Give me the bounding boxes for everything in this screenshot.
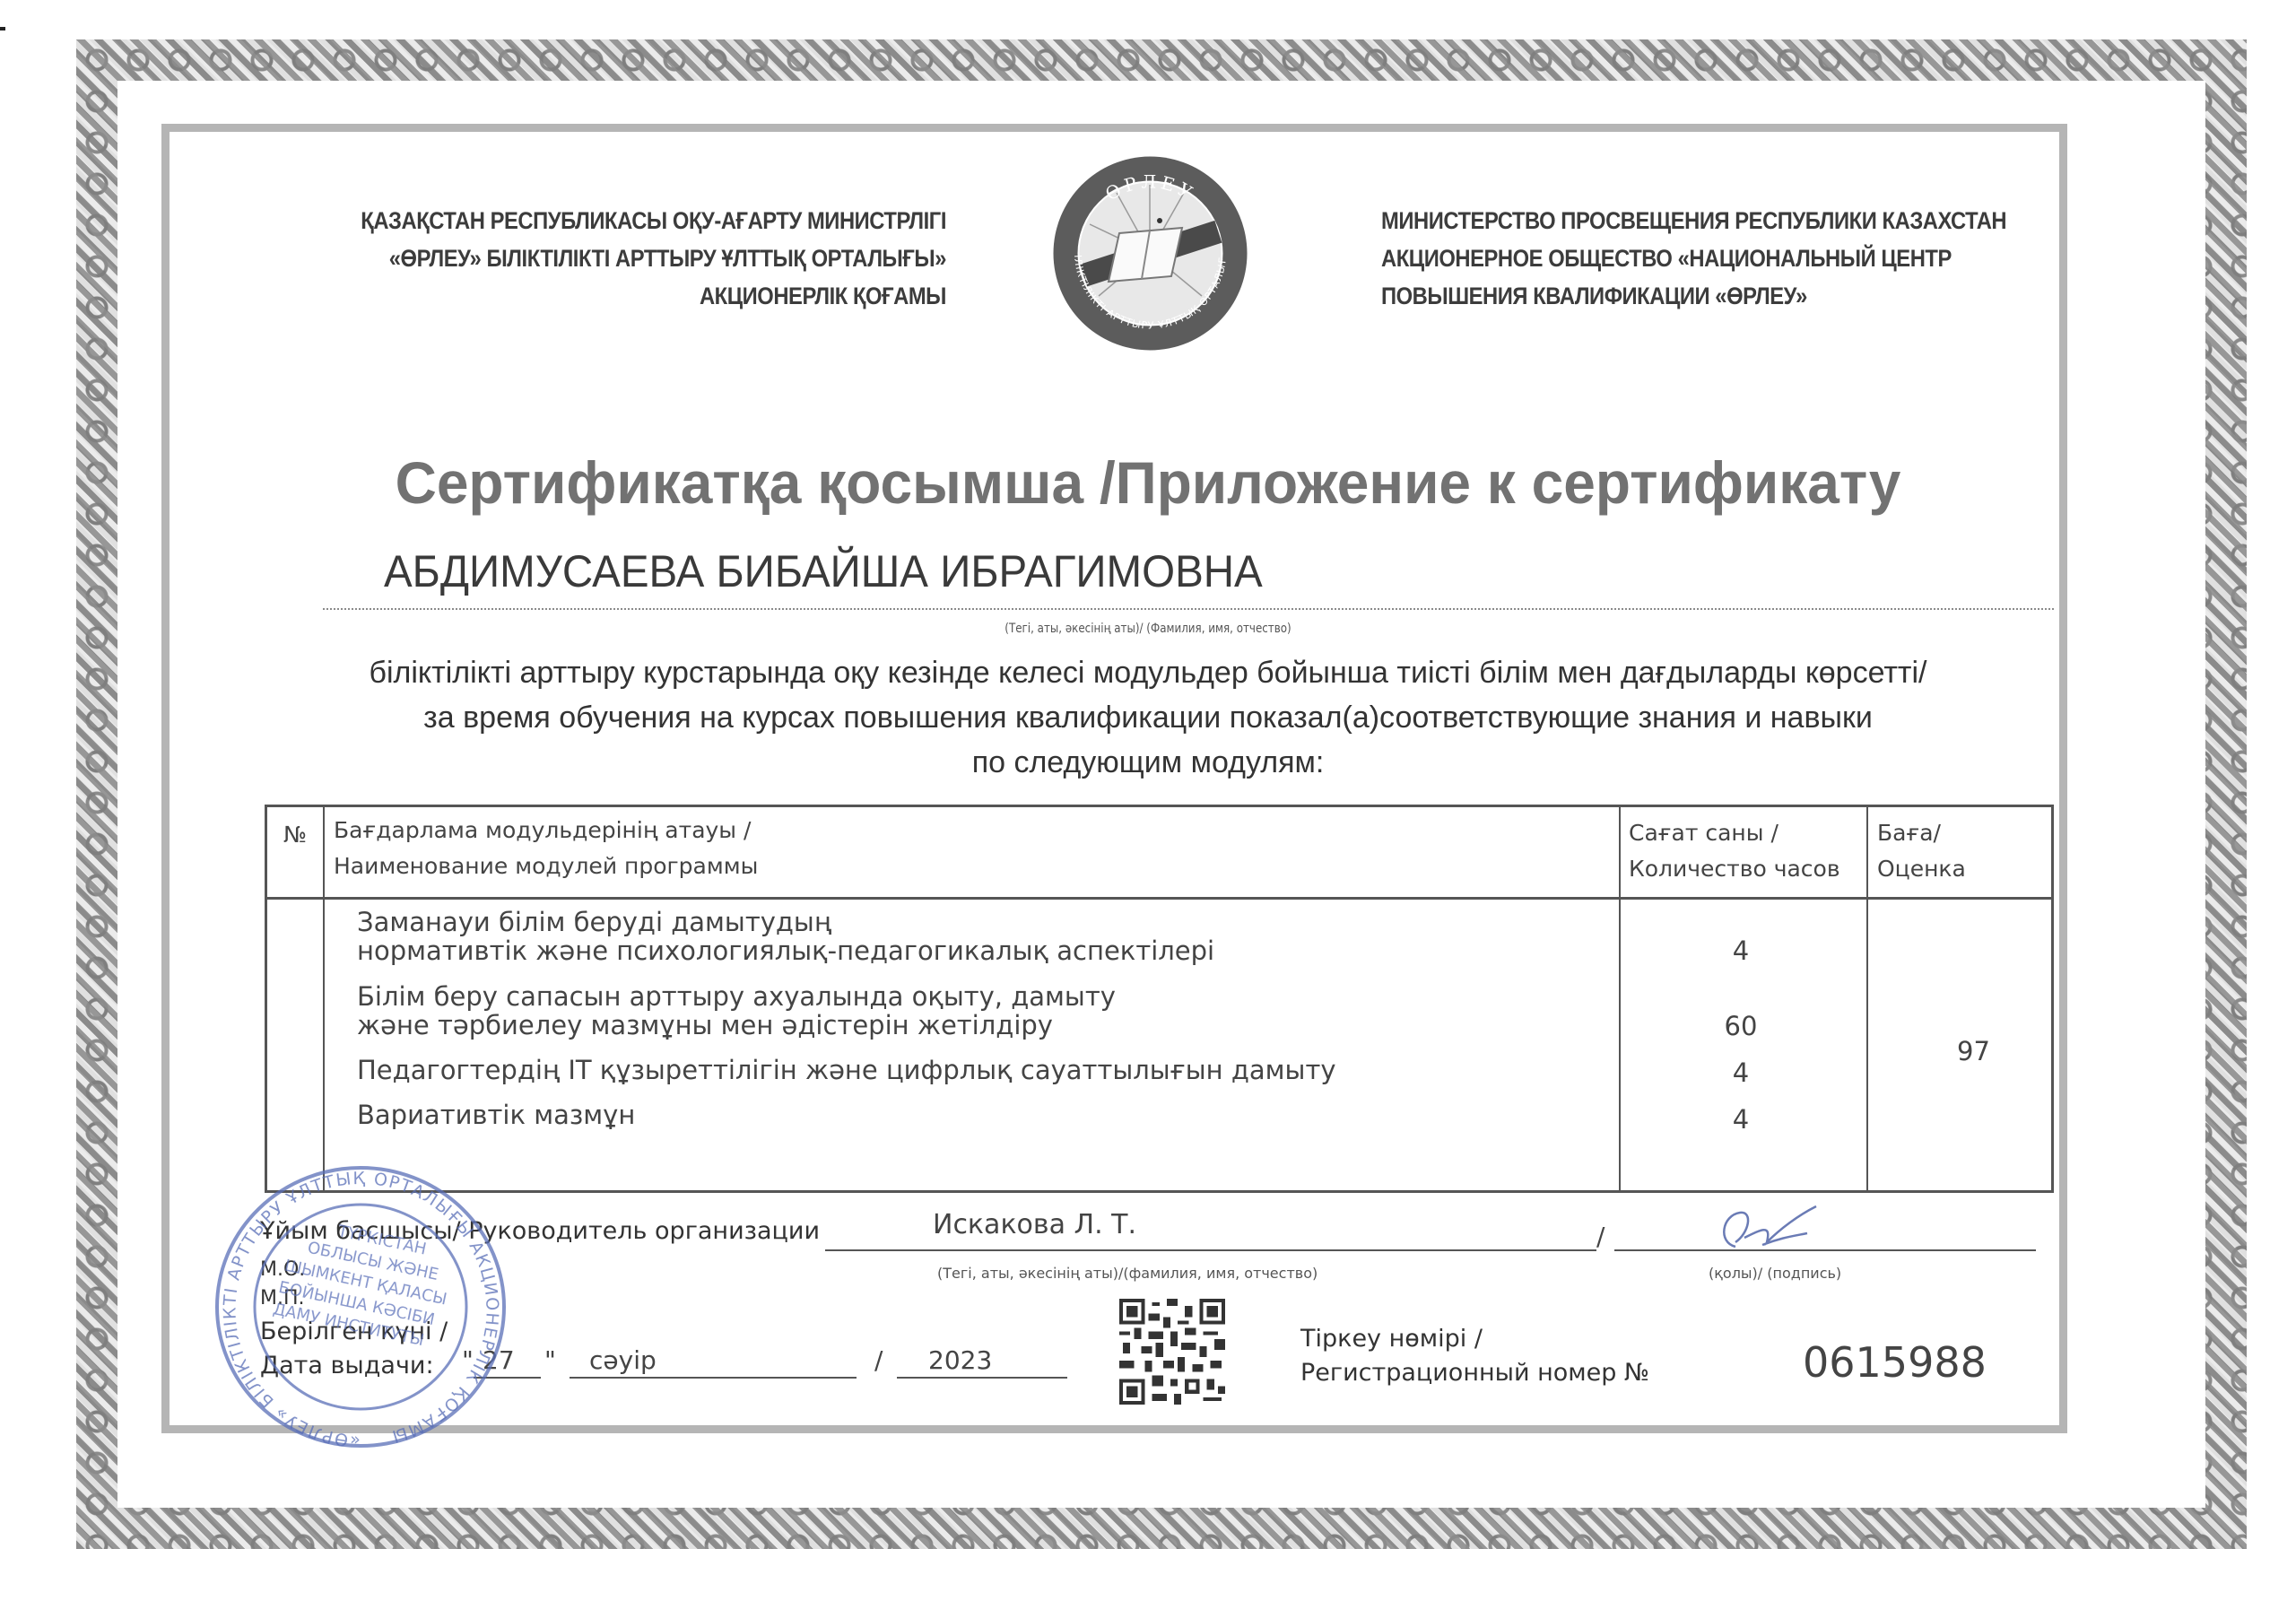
head-name-hint: (Тегі, аты, әкесінің аты)/(фамилия, имя,…	[937, 1265, 1318, 1282]
header-ru-line-2: АКЦИОНЕРНОЕ ОБЩЕСТВО «НАЦИОНАЛЬНЫЙ ЦЕНТР	[1381, 239, 2092, 277]
module-2-line-2: және тәрбиелеу мазмұны мен әдістерін жет…	[357, 1011, 1116, 1040]
seal-ru: М.П.	[260, 1284, 305, 1313]
signature-icon	[1709, 1202, 1843, 1256]
issue-day: 27	[474, 1345, 541, 1379]
registration-number: 0615988	[1803, 1338, 1987, 1387]
module-4-hours: 4	[1620, 1104, 1862, 1135]
quote-close: "	[544, 1345, 556, 1375]
header-grade-kz: Баға/	[1877, 816, 1941, 850]
header-russian: МИНИСТЕРСТВО ПРОСВЕЩЕНИЯ РЕСПУБЛИКИ КАЗА…	[1381, 202, 2092, 315]
header-hours-ru: Количество часов	[1629, 852, 1840, 886]
table-header-divider	[267, 897, 2051, 900]
module-2-line-1: Білім беру сапасын арттыру ахуалында оқы…	[357, 982, 1116, 1011]
header-hours-kz: Сағат саны /	[1629, 816, 1779, 850]
table-col-divider	[323, 807, 325, 1190]
head-name: Искакова Л. Т.	[933, 1209, 1136, 1240]
recipient-name: АБДИМУСАЕВА БИБАЙША ИБРАГИМОВНА	[384, 545, 1263, 597]
registration-label: Тіркеу нөмірі / Регистрационный номер №	[1300, 1322, 1649, 1390]
registration-label-ru: Регистрационный номер №	[1300, 1356, 1649, 1390]
intro-line-3: по следующим модулям:	[0, 740, 2296, 785]
registration-label-kz: Тіркеу нөмірі /	[1300, 1322, 1649, 1356]
table-row: Білім беру сапасын арттыру ахуалында оқы…	[357, 982, 1116, 1040]
issue-date-label: Берілген күні / Дата выдачи:	[260, 1315, 448, 1383]
intro-line-2: за время обучения на курсах повышения кв…	[0, 695, 2296, 740]
module-2-hours: 60	[1620, 1011, 1862, 1041]
seal-place: М.О. М.П.	[260, 1256, 305, 1313]
scan-artifact	[0, 27, 5, 30]
header-module-ru: Наименование модулей программы	[334, 849, 758, 883]
module-3-hours: 4	[1620, 1057, 1862, 1088]
signature-hint: (қолы)/ (подпись)	[1709, 1265, 1841, 1282]
issue-year: 2023	[897, 1345, 1067, 1379]
header-kazakh: ҚАЗАҚСТАН РЕСПУБЛИКАСЫ ОҚУ-АҒАРТУ МИНИСТ…	[315, 202, 946, 315]
table-row: Вариативтік мазмұн	[357, 1101, 635, 1129]
module-1-hours: 4	[1620, 935, 1862, 966]
header-number: №	[283, 818, 307, 852]
header-ru-line-3: ПОВЫШЕНИЯ КВАЛИФИКАЦИИ «ӨРЛЕУ»	[1381, 277, 2092, 315]
header-module-kz: Бағдарлама модульдерінің атауы /	[334, 814, 751, 848]
total-grade: 97	[1891, 1036, 2057, 1066]
issue-month: сәуір	[570, 1345, 857, 1379]
header-grade-ru: Оценка	[1877, 852, 1966, 886]
table-row: Педагогтердің IT құзыреттілігін және циф…	[357, 1056, 1336, 1084]
quote-open: "	[462, 1345, 474, 1375]
table-row: Заманауи білім беруді дамытудың норматив…	[357, 908, 1214, 965]
issue-date-label-ru: Дата выдачи:	[260, 1349, 448, 1383]
module-1-line-2: нормативтік және психологиялық-педагогик…	[357, 936, 1214, 965]
seal-kz: М.О.	[260, 1256, 305, 1284]
qr-code-icon	[1119, 1299, 1225, 1405]
intro-text: біліктілікті арттыру курстарында оқу кез…	[0, 650, 2296, 785]
module-3-line-1: Педагогтердің IT құзыреттілігін және циф…	[357, 1056, 1336, 1084]
recipient-name-hint: (Тегі, аты, әкесінің аты)/ (Фамилия, имя…	[172, 622, 2124, 636]
module-1-line-1: Заманауи білім беруді дамытудың	[357, 908, 1214, 936]
intro-line-1: біліктілікті арттыру курстарында оқу кез…	[0, 650, 2296, 695]
header-kz-line-2: «ӨРЛЕУ» БІЛІКТІЛІКТІ АРТТЫРУ ҰЛТТЫҚ ОРТА…	[315, 239, 946, 277]
header-ru-line-1: МИНИСТЕРСТВО ПРОСВЕЩЕНИЯ РЕСПУБЛИКИ КАЗА…	[1381, 202, 2092, 239]
orleu-emblem-icon: ӨРЛЕУ БІЛІКТІЛІКТІ АРТТЫРУ ҰЛТТЫҚ ОРТАЛЫ…	[1049, 152, 1251, 354]
separator: /	[1596, 1222, 1605, 1251]
modules-table: № Бағдарлама модульдерінің атауы / Наиме…	[265, 805, 2054, 1193]
document-title: Сертификатқа қосымша /Приложение к серти…	[34, 448, 2261, 517]
header-kz-line-1: ҚАЗАҚСТАН РЕСПУБЛИКАСЫ ОҚУ-АҒАРТУ МИНИСТ…	[315, 202, 946, 239]
table-col-divider	[1866, 807, 1868, 1190]
head-label: Ұйым басшысы/ Руководитель организации	[260, 1217, 820, 1245]
header-kz-line-3: АКЦИОНЕРЛІК ҚОҒАМЫ	[315, 277, 946, 315]
date-separator: /	[874, 1345, 883, 1375]
name-underline	[323, 608, 2054, 610]
issue-date-label-kz: Берілген күні /	[260, 1315, 448, 1349]
module-4-line-1: Вариативтік мазмұн	[357, 1101, 635, 1129]
name-line	[825, 1249, 1596, 1251]
